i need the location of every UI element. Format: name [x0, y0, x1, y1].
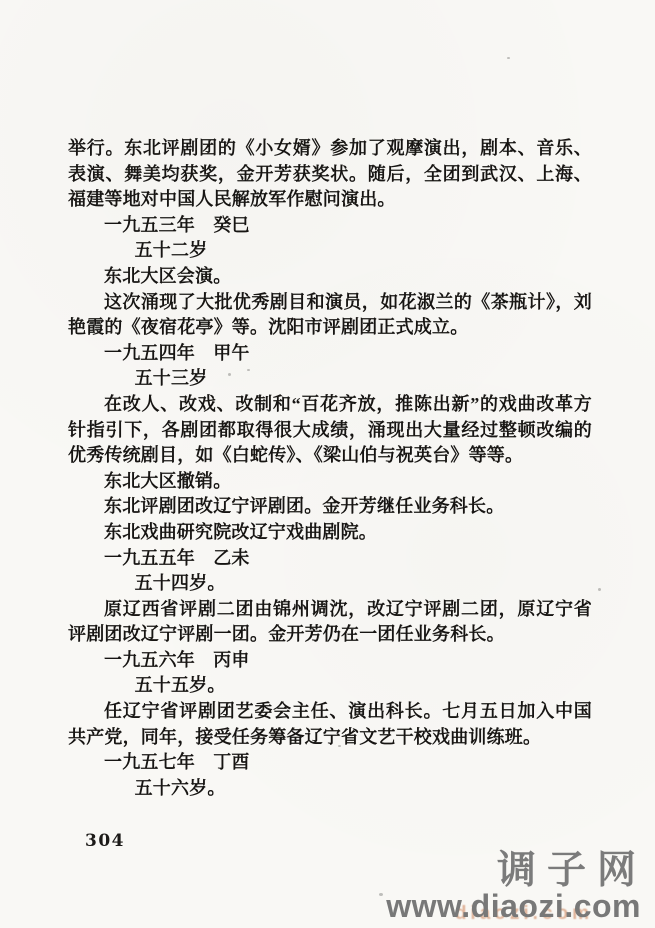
- watermark: 调子网 www.diaozi.com: [386, 851, 641, 924]
- year-heading: 一九五七年 丁酉: [68, 750, 592, 776]
- year-heading: 一九五四年 甲午: [68, 341, 592, 367]
- scan-speck: [247, 369, 250, 371]
- age-line: 五十二岁: [68, 238, 592, 264]
- paragraph: 在改人、改戏、改制和“百花齐放，推陈出新”的戏曲改革方针指引下，各剧团都取得很大…: [68, 392, 592, 469]
- age-line: 五十五岁。: [68, 673, 592, 699]
- paragraph: 原辽西省评剧二团由锦州调沈，改辽宁评剧二团，原辽宁省评剧团改辽宁评剧一团。金开芳…: [68, 597, 592, 648]
- paragraph: 举行。东北评剧团的《小女婿》参加了观摩演出，剧本、音乐、表演、舞美均获奖，金开芳…: [68, 136, 592, 213]
- paragraph: 东北大区撤销。: [68, 469, 592, 495]
- scanned-book-page: 举行。东北评剧团的《小女婿》参加了观摩演出，剧本、音乐、表演、舞美均获奖，金开芳…: [0, 0, 655, 928]
- page-number: 304: [85, 831, 125, 851]
- age-line: 五十四岁。: [68, 571, 592, 597]
- paragraph: 任辽宁省评剧团艺委会主任、演出科长。七月五日加入中国共产党，同年，接受任务筹备辽…: [68, 699, 592, 750]
- age-line: 五十六岁。: [68, 776, 592, 802]
- watermark-site-url: www.diaozi.com: [386, 890, 641, 924]
- paragraph: 这次涌现了大批优秀剧目和演员，如花淑兰的《茶瓶计》，刘艳霞的《夜宿花亭》等。沈阳…: [68, 290, 592, 341]
- year-heading: 一九五五年 乙未: [68, 546, 592, 572]
- scan-speck: [598, 588, 601, 591]
- scan-speck: [507, 57, 510, 59]
- scan-speck: [379, 893, 383, 896]
- watermark-site-name: 调子网: [386, 851, 647, 890]
- age-line: 五十三岁: [68, 366, 592, 392]
- paragraph: 东北评剧团改辽宁评剧团。金开芳继任业务科长。: [68, 494, 592, 520]
- text-block: 举行。东北评剧团的《小女婿》参加了观摩演出，剧本、音乐、表演、舞美均获奖，金开芳…: [68, 136, 592, 801]
- year-heading: 一九五六年 丙申: [68, 648, 592, 674]
- paragraph: 东北大区会演。: [68, 264, 592, 290]
- scan-speck: [338, 745, 341, 747]
- paragraph: 东北戏曲研究院改辽宁戏曲剧院。: [68, 520, 592, 546]
- scan-speck: [228, 373, 231, 376]
- year-heading: 一九五三年 癸巳: [68, 213, 592, 239]
